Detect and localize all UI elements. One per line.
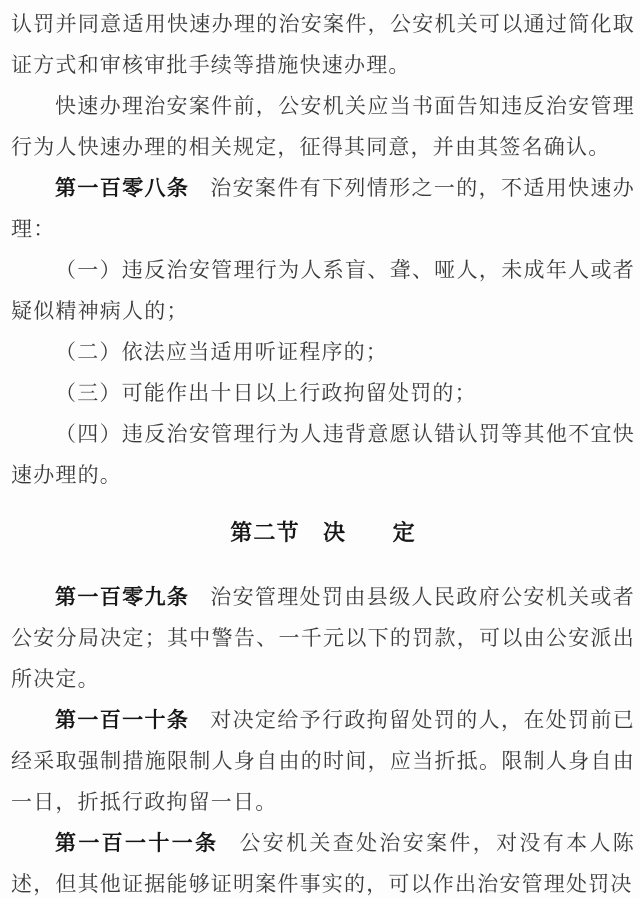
paragraph-fast-track-consent: 快速办理治安案件前，公安机关应当书面告知违反治安管理行为人快速办理的相关规定，征…: [11, 86, 635, 168]
article-108-number: 第一百零八条: [55, 176, 189, 200]
section-heading: 第二节 决 定: [11, 512, 635, 553]
article-111-paragraph: 第一百一十一条公安机关查处治安案件，对没有本人陈述，但其他证据能够证明案件事实的…: [11, 823, 635, 898]
article-111-number: 第一百一十一条: [55, 831, 218, 855]
clause-3-paragraph: （三）可能作出十日以上行政拘留处罚的；: [11, 373, 635, 414]
article-110-number: 第一百一十条: [55, 708, 189, 732]
clause-1-paragraph: （一）违反治安管理行为人系盲、聋、哑人，未成年人或者疑似精神病人的；: [11, 250, 635, 332]
paragraph-continuation: 认罚并同意适用快速办理的治安案件，公安机关可以通过简化取证方式和审核审批手续等措…: [11, 4, 635, 86]
paragraph-text: （二）依法应当适用听证程序的；: [55, 340, 388, 364]
paragraph-text: （一）违反治安管理行为人系盲、聋、哑人，未成年人或者疑似精神病人的；: [11, 258, 635, 323]
clause-2-paragraph: （二）依法应当适用听证程序的；: [11, 332, 635, 373]
document-page: 认罚并同意适用快速办理的治安案件，公安机关可以通过简化取证方式和审核审批手续等措…: [0, 0, 640, 898]
clause-4-paragraph: （四）违反治安管理行为人违背意愿认错认罚等其他不宜快速办理的。: [11, 414, 635, 496]
paragraph-text: 快速办理治安案件前，公安机关应当书面告知违反治安管理行为人快速办理的相关规定，征…: [11, 94, 635, 159]
paragraph-text: （四）违反治安管理行为人违背意愿认错认罚等其他不宜快速办理的。: [11, 422, 635, 487]
paragraph-text: 认罚并同意适用快速办理的治安案件，公安机关可以通过简化取证方式和审核审批手续等措…: [11, 12, 635, 77]
article-109-paragraph: 第一百零九条治安管理处罚由县级人民政府公安机关或者公安分局决定；其中警告、一千元…: [11, 577, 635, 700]
paragraph-text: （三）可能作出十日以上行政拘留处罚的；: [55, 381, 477, 405]
article-110-paragraph: 第一百一十条对决定给予行政拘留处罚的人，在处罚前已经采取强制措施限制人身自由的时…: [11, 700, 635, 823]
article-109-number: 第一百零九条: [55, 585, 189, 609]
article-108-paragraph: 第一百零八条治安案件有下列情形之一的，不适用快速办理：: [11, 168, 635, 250]
